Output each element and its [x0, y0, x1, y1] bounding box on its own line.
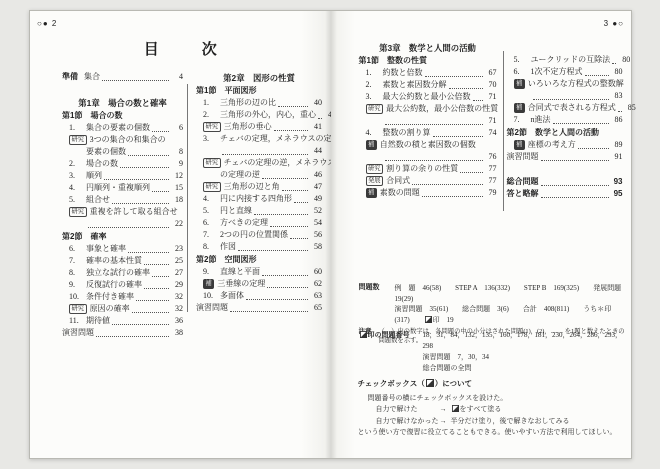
dot-leader	[541, 197, 609, 198]
page-number: 41	[310, 121, 322, 133]
checkbox-note-line4: という使い方で復習に役立てることもできる。使いやすい方法で利用してほしい。	[358, 427, 626, 438]
page-number: 15	[171, 182, 183, 194]
entry-title: 約数と倍数	[383, 67, 423, 79]
entry-number: 1.	[366, 67, 379, 79]
entry-number: 2.	[69, 158, 82, 170]
toc-entry: 71	[359, 115, 497, 127]
check-numbers-line3: 総合問題の全問	[423, 364, 472, 372]
toc-entry: 研究重複を許して取る組合せ	[62, 206, 183, 218]
spacer	[507, 41, 623, 54]
toc-entry: 要素の個数8	[62, 146, 183, 158]
check-numbers-line2: 演習問題 7，30，34	[423, 353, 490, 361]
page-number: 63	[310, 290, 322, 302]
dot-leader	[152, 131, 169, 132]
entry-tag: 発展	[366, 176, 384, 186]
chapter-heading: 第1章 場合の数と確率	[62, 97, 183, 109]
page-number: 79	[485, 187, 497, 199]
entry-title: 素数の問題	[380, 187, 420, 199]
page-number: 58	[310, 241, 322, 253]
entry-number: 6.	[69, 243, 82, 255]
toc-entry: 補素数の問題79	[359, 187, 497, 199]
toc-entry: 3.順列12	[62, 170, 183, 182]
section-heading: 第1節 整数の性質	[359, 55, 497, 67]
toc-entry: 演習問題65	[196, 302, 322, 314]
page-number: 80	[611, 66, 623, 78]
entry-title: 合同式	[386, 175, 410, 187]
dot-leader	[294, 202, 308, 203]
entry-number: 4.	[366, 127, 379, 139]
entry-tag: 補	[514, 140, 525, 150]
dot-leader	[112, 324, 169, 325]
dot-leader	[144, 264, 169, 265]
entry-title: 三角形の辺と角	[224, 181, 280, 193]
section-heading: 第2節 空間図形	[196, 254, 322, 266]
entry-number: 11.	[69, 315, 82, 327]
toc-entry: 補合同式で表される方程式85	[507, 102, 623, 114]
toc-column-4: 5.ユークリッドの互除法806.1次不定方程式80補いろいろな方程式の整数解83…	[507, 41, 623, 200]
dot-leader	[262, 178, 308, 179]
entry-title: 1次不定方程式	[531, 66, 583, 78]
entry-tag: 研究	[69, 304, 87, 314]
page-number: 23	[171, 243, 183, 255]
folio-right: 3 ●○	[604, 19, 624, 28]
entry-title: 総合問題	[507, 176, 539, 188]
entry-title: 集合の要素の個数	[86, 122, 150, 134]
section-heading: 第2節 確率	[62, 231, 183, 243]
entry-number: 1.	[69, 122, 82, 134]
toc-entry: 総合問題93	[507, 176, 623, 188]
page-number: 85	[624, 102, 636, 114]
right-page: 3 ●○ 第3章 数学と人間の活動第1節 整数の性質1.約数と倍数672.素数と…	[331, 11, 632, 458]
entry-tag: 研究	[366, 164, 384, 174]
entry-title: いろいろな方程式の整数解	[528, 78, 624, 90]
entry-title: 条件付き確率	[86, 291, 134, 303]
toc-entry: 研究チェバの定理の逆，メネラウス	[196, 157, 322, 169]
entry-number: 9.	[69, 279, 82, 291]
page-number: 44	[310, 145, 322, 157]
dot-leader	[433, 136, 483, 137]
entry-tag: 補	[514, 103, 525, 113]
toc-entry: 1.集合の要素の個数6	[62, 122, 183, 134]
check-mark-icon	[425, 316, 432, 327]
entry-tag: 研究	[69, 207, 87, 217]
page-number: 32	[171, 303, 183, 315]
stats-label: 問題数	[359, 283, 395, 326]
toc-entry: 6.1次不定方程式80	[507, 66, 623, 78]
entry-tag: 補	[366, 188, 377, 198]
checkbox-note-heading: チェックボックス（）について	[358, 378, 626, 390]
entry-title: 三垂線の定理	[217, 278, 265, 290]
entry-title: 確率の基本性質	[86, 255, 142, 267]
page-number: 49	[310, 193, 322, 205]
page-number: 77	[485, 163, 497, 175]
dot-leader	[460, 172, 482, 173]
entry-number: 8.	[203, 241, 216, 253]
entry-number: 2.	[366, 79, 379, 91]
spacer	[62, 83, 183, 96]
entry-number: 9.	[203, 266, 216, 278]
entry-title: 割り算の余りの性質	[386, 163, 458, 175]
page-number: 71	[485, 91, 497, 103]
toc-entry: 準備集合4	[62, 71, 183, 83]
entry-number: 5.	[514, 54, 527, 66]
page-number: 93	[611, 176, 623, 188]
page-number: 8	[171, 146, 183, 158]
section-heading: 第1節 平面図形	[196, 85, 322, 97]
entry-title: 直線と平面	[220, 266, 260, 278]
entry-tag: 研究	[366, 104, 384, 114]
dot-leader	[267, 287, 308, 288]
page-number: 74	[485, 127, 497, 139]
dot-leader	[88, 227, 169, 228]
section-heading: 第2節 数学と人間の活動	[507, 127, 623, 139]
dot-leader	[136, 300, 169, 301]
entry-number: 7.	[203, 229, 216, 241]
toc-entry: 7.2つの円の位置関係56	[196, 229, 322, 241]
toc-entry: 研究3つの集合の和集合の	[62, 134, 183, 146]
page-number: 6	[171, 122, 183, 134]
entry-tag: 研究	[203, 158, 221, 168]
dot-leader	[553, 123, 609, 124]
entry-title: n進法	[531, 114, 551, 126]
page-number: 80	[618, 54, 630, 66]
page-number: 46	[310, 169, 322, 181]
dot-leader	[449, 88, 483, 89]
spacer	[507, 163, 623, 176]
toc-entry: 研究三角形の辺と角47	[196, 181, 322, 193]
dot-leader	[612, 63, 616, 64]
page-number: 4	[171, 71, 183, 83]
entry-tag: 補	[203, 279, 214, 289]
entry-title: 原因の確率	[90, 303, 130, 315]
toc-entry: 研究原因の確率32	[62, 303, 183, 315]
toc-entry: 22	[62, 218, 183, 230]
dot-leader	[585, 75, 609, 76]
dot-leader	[274, 130, 308, 131]
page-number: 65	[310, 302, 322, 314]
dot-leader	[238, 250, 308, 251]
entry-title: 答と略解	[507, 188, 539, 200]
page-number: 18	[171, 194, 183, 206]
check-mark-icon	[452, 405, 459, 416]
page-number: 76	[485, 151, 497, 163]
page-number: 36	[171, 315, 183, 327]
entry-number: 1.	[203, 97, 216, 109]
toc-entry: 9.反復試行の確率29	[62, 279, 183, 291]
dot-leader	[128, 155, 169, 156]
toc-entry: 8.作図58	[196, 241, 322, 253]
entry-title: 座標の考え方	[528, 139, 576, 151]
toc-entry: 5.円と直線52	[196, 205, 322, 217]
entry-title: 3つの集合の和集合の	[90, 134, 166, 146]
toc-column-1: 準備集合4第1章 場合の数と確率第1節 場合の数1.集合の要素の個数6研究3つの…	[62, 71, 183, 339]
checkbox-note-line1: 問題番号の横にチェックボックスを設けた。	[358, 393, 626, 404]
check-mark-icon	[360, 331, 367, 342]
page-number: 25	[171, 255, 183, 267]
dot-leader	[128, 252, 169, 253]
entry-title: の定理の逆	[220, 169, 260, 181]
dot-leader	[222, 154, 308, 155]
dot-leader	[230, 311, 308, 312]
left-page: ○● 2 目 次 準備集合4第1章 場合の数と確率第1節 場合の数1.集合の要素…	[30, 11, 331, 458]
toc-entry: 2.素数と素因数分解70	[359, 79, 497, 91]
toc-entry: 10.多面体63	[196, 290, 322, 302]
entry-title: 作図	[220, 241, 236, 253]
toc-entry: 8.独立な試行の確率27	[62, 267, 183, 279]
entry-title: 合同式で表される方程式	[528, 102, 616, 114]
page-number: 38	[171, 327, 183, 339]
entry-title: 順列	[86, 170, 102, 182]
entry-number: 3.	[69, 170, 82, 182]
dot-leader	[473, 100, 483, 101]
dot-leader	[270, 226, 308, 227]
entry-number: 8.	[69, 267, 82, 279]
page-number: 9	[171, 158, 183, 170]
page-number: 89	[611, 139, 623, 151]
checkbox-note: チェックボックス（）について 問題番号の横にチェックボックスを設けた。 自力で解…	[358, 378, 626, 438]
toc-entry: 2.三角形の外心，内心，重心41	[196, 109, 322, 121]
dot-leader	[425, 76, 483, 77]
entry-title: 素数と素因数分解	[383, 79, 447, 91]
arrow-right: →	[440, 405, 447, 413]
page-number: 32	[171, 291, 183, 303]
toc-entry: の定理の逆46	[196, 169, 322, 181]
toc-entry: 5.組合せ18	[62, 194, 183, 206]
check-numbers-label: 印の問題番号	[359, 330, 423, 374]
entry-title: 独立な試行の確率	[86, 267, 150, 279]
checkbox-note-line2: 自力で解けた→をすべて塗る	[358, 404, 626, 416]
dot-leader	[132, 312, 169, 313]
stats-row1: 例 題 46(58) STEP A 136(332) STEP B 169(32…	[395, 284, 629, 303]
page-number: 12	[171, 170, 183, 182]
dot-leader	[385, 124, 483, 125]
toc-entry: 補座標の考え方89	[507, 139, 623, 151]
entry-number: 6.	[514, 66, 527, 78]
dot-leader	[152, 276, 169, 277]
toc-entry: 研究割り算の余りの性質77	[359, 163, 497, 175]
column-divider	[503, 51, 504, 211]
dot-leader	[618, 111, 622, 112]
toc-entry: 4.整数の割り算74	[359, 127, 497, 139]
entry-tag: 研究	[203, 122, 221, 132]
toc-entry: 5.ユークリッドの互除法80	[507, 54, 623, 66]
page-number: 77	[485, 175, 497, 187]
stats-row2-post: 印 19	[433, 316, 454, 324]
left-page-columns: 準備集合4第1章 場合の数と確率第1節 場合の数1.集合の要素の個数6研究3つの…	[30, 71, 331, 339]
toc-column-3: 第3章 数学と人間の活動第1節 整数の性質1.約数と倍数672.素数と素因数分解…	[359, 41, 497, 200]
toc-entry: 44	[196, 145, 322, 157]
entry-title: 方べきの定理	[220, 217, 268, 229]
dot-leader	[152, 191, 169, 192]
section-heading: 第1節 場合の数	[62, 110, 183, 122]
entry-title: 最大公約数，最小公倍数の性質	[386, 103, 498, 115]
page-number: 54	[310, 217, 322, 229]
entry-tag: 研究	[203, 182, 221, 192]
dot-leader	[104, 179, 169, 180]
toc-entry: 研究最大公約数，最小公倍数の性質	[359, 103, 497, 115]
dot-leader	[282, 190, 308, 191]
checkbox-note-line3: 自力で解けなかった→半分だけ塗り，後で解きなおしてみる	[358, 416, 626, 427]
page-number: 71	[485, 115, 497, 127]
toc-entry: 11.期待値36	[62, 315, 183, 327]
dot-leader	[262, 275, 308, 276]
entry-number: 7.	[514, 114, 527, 126]
arrow-right: →	[440, 417, 447, 425]
check-numbers-list: 18，31，84，132，135，160，178，181，230，264，286…	[423, 331, 623, 350]
dot-leader	[120, 167, 169, 168]
page-number: 47	[310, 181, 322, 193]
entry-title: 場合の数	[86, 158, 118, 170]
toc-entry: 7.確率の基本性質25	[62, 255, 183, 267]
entry-title: 反復試行の確率	[86, 279, 142, 291]
toc-entry: 4.円に内接する四角形49	[196, 193, 322, 205]
dot-leader	[541, 160, 609, 161]
page-number: 27	[171, 267, 183, 279]
toc-entry: 補いろいろな方程式の整数解	[507, 78, 623, 90]
dot-leader	[102, 80, 169, 81]
dot-leader	[412, 184, 482, 185]
page-number: 67	[485, 67, 497, 79]
entry-number: 5.	[69, 194, 82, 206]
entry-number: 3.	[366, 91, 379, 103]
entry-title: 自然数の積と素因数の個数	[380, 139, 476, 151]
page-number: 56	[310, 229, 322, 241]
entry-title: 多面体	[220, 290, 244, 302]
page-number: 22	[171, 218, 183, 230]
toc-entry: 3.最大公約数と最小公倍数71	[359, 91, 497, 103]
dot-leader	[385, 160, 483, 161]
entry-title: 演習問題	[196, 302, 228, 314]
toc-entry: 4.円順列・重複順列15	[62, 182, 183, 194]
page-number: 70	[485, 79, 497, 91]
toc-entry: 6.事象と確率23	[62, 243, 183, 255]
toc-entry: 1.約数と倍数67	[359, 67, 497, 79]
entry-title: 演習問題	[62, 327, 94, 339]
entry-number: 3.	[203, 133, 216, 145]
page-number: 60	[310, 266, 322, 278]
toc-entry: 演習問題91	[507, 151, 623, 163]
entry-label: 準備	[62, 71, 78, 83]
entry-title: 事象と確率	[86, 243, 126, 255]
chapter-heading: 第2章 図形の性質	[196, 72, 322, 84]
dot-leader	[290, 238, 308, 239]
dot-leader	[422, 196, 483, 197]
page-number: 86	[611, 114, 623, 126]
entry-tag: 補	[366, 140, 377, 150]
entry-number: 10.	[203, 290, 216, 302]
dot-leader	[318, 118, 322, 119]
entry-title: 円と直線	[220, 205, 252, 217]
page-number: 52	[310, 205, 322, 217]
folio-left: ○● 2	[37, 19, 57, 28]
toc-entry: 10.条件付き確率32	[62, 291, 183, 303]
book-spread: ○● 2 目 次 準備集合4第1章 場合の数と確率第1節 場合の数1.集合の要素…	[29, 10, 632, 459]
entry-title: 円順列・重複順列	[86, 182, 150, 194]
entry-title: 三角形の外心，内心，重心	[220, 109, 316, 121]
entry-title: 演習問題	[507, 151, 539, 163]
check-mark-icon	[426, 379, 434, 390]
toc-entry: 研究三角形の垂心41	[196, 121, 322, 133]
right-page-columns: 第3章 数学と人間の活動第1節 整数の性質1.約数と倍数672.素数と素因数分解…	[331, 41, 632, 200]
entry-title: 三角形の辺の比	[220, 97, 276, 109]
toc-entry: 9.直線と平面60	[196, 266, 322, 278]
entry-title: 最大公約数と最小公倍数	[383, 91, 471, 103]
toc-title: 目 次	[30, 38, 331, 59]
dot-leader	[541, 185, 609, 186]
entry-title: 期待値	[86, 315, 110, 327]
entry-title: ユークリッドの互除法	[531, 54, 611, 66]
entry-title: 組合せ	[86, 194, 110, 206]
entry-number: 5.	[203, 205, 216, 217]
dot-leader	[246, 299, 308, 300]
entry-number: 6.	[203, 217, 216, 229]
check-numbers-body: 18，31，84，132，135，160，178，181，230，264，286…	[423, 330, 626, 374]
entry-tag: 補	[514, 79, 525, 89]
entry-number: 2.	[203, 109, 216, 121]
chapter-heading: 第3章 数学と人間の活動	[359, 42, 497, 54]
entry-number: 4.	[69, 182, 82, 194]
stats-body: 例 題 46(58) STEP A 136(332) STEP B 169(32…	[395, 283, 626, 326]
check-mark-numbers: 印の問題番号 18，31，84，132，135，160，178，181，230，…	[359, 330, 626, 374]
dot-leader	[112, 203, 169, 204]
page-number: 62	[310, 278, 322, 290]
entry-title: 三角形の垂心	[224, 121, 272, 133]
entry-title: チェバの定理，メネラウスの定理	[220, 133, 340, 145]
entry-tag: 研究	[69, 135, 87, 145]
entry-title: チェバの定理の逆，メネラウス	[224, 157, 336, 169]
entry-number: 7.	[69, 255, 82, 267]
entry-title: 整数の割り算	[383, 127, 431, 139]
toc-entry: 補三垂線の定理62	[196, 278, 322, 290]
page-number: 29	[171, 279, 183, 291]
dot-leader	[144, 288, 169, 289]
column-divider	[187, 84, 188, 312]
toc-entry: 補自然数の積と素因数の個数	[359, 139, 497, 151]
page-number: 95	[611, 188, 623, 200]
entry-number: 10.	[69, 291, 82, 303]
dot-leader	[533, 99, 609, 100]
toc-entry: 6.方べきの定理54	[196, 217, 322, 229]
entry-title: 2つの円の位置関係	[220, 229, 288, 241]
dot-leader	[254, 214, 308, 215]
entry-title: 重複を許して取る組合せ	[90, 206, 178, 218]
toc-entry: 83	[507, 90, 623, 102]
toc-entry: 3.チェバの定理，メネラウスの定理	[196, 133, 322, 145]
entry-number: 4.	[203, 193, 216, 205]
entry-title: 要素の個数	[86, 146, 126, 158]
page-number: 40	[310, 97, 322, 109]
toc-entry: 演習問題38	[62, 327, 183, 339]
page-number: 83	[611, 90, 623, 102]
entry-title: 集合	[84, 71, 100, 83]
page-number: 91	[611, 151, 623, 163]
dot-leader	[578, 148, 609, 149]
toc-entry: 答と略解95	[507, 188, 623, 200]
dot-leader	[96, 336, 169, 337]
entry-title: 円に内接する四角形	[220, 193, 292, 205]
toc-entry: 発展合同式77	[359, 175, 497, 187]
toc-entry: 1.三角形の辺の比40	[196, 97, 322, 109]
toc-entry: 2.場合の数9	[62, 158, 183, 170]
dot-leader	[278, 106, 308, 107]
toc-entry: 7.n進法86	[507, 114, 623, 126]
toc-column-2: 第2章 図形の性質第1節 平面図形1.三角形の辺の比402.三角形の外心，内心，…	[196, 71, 322, 339]
toc-entry: 76	[359, 151, 497, 163]
